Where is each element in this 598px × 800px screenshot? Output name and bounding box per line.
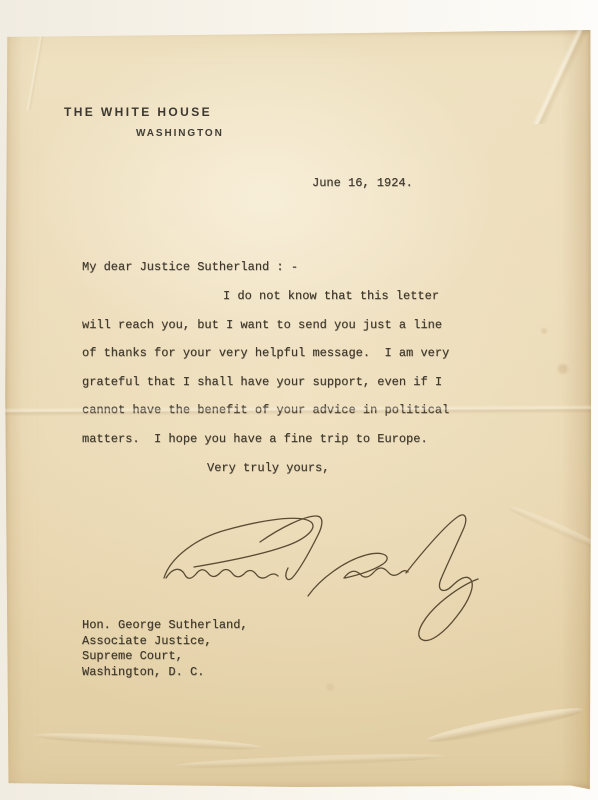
recipient-address-block: Hon. George Sutherland, Associate Justic…: [82, 618, 248, 680]
top-left-corner-crease: [23, 30, 47, 110]
letter-body: I do not know that this letter will reac…: [82, 282, 512, 453]
right-middle-wrinkle: [506, 502, 598, 556]
signature-stroke-lowercase-1: [166, 569, 278, 578]
signature-stroke-tall-spike: [406, 515, 466, 579]
bottom-middle-wrinkle: [175, 751, 445, 770]
top-right-corner-crease: [523, 28, 595, 124]
letterhead-title: THE WHITE HOUSE: [64, 105, 212, 119]
salutation-line: My dear Justice Sutherland : -: [82, 260, 298, 274]
bottom-left-wrinkle: [33, 730, 263, 753]
letterhead-city: WASHINGTON: [136, 128, 224, 139]
letter-paper: THE WHITE HOUSE WASHINGTON June 16, 1924…: [5, 30, 591, 790]
signature-stroke-c-loop: [164, 518, 313, 578]
signature-stroke-descender-flourish: [419, 577, 478, 640]
scanner-background: THE WHITE HOUSE WASHINGTON June 16, 1924…: [0, 0, 598, 800]
date-line: June 16, 1924.: [312, 176, 413, 190]
bottom-right-wrinkle: [425, 703, 585, 747]
